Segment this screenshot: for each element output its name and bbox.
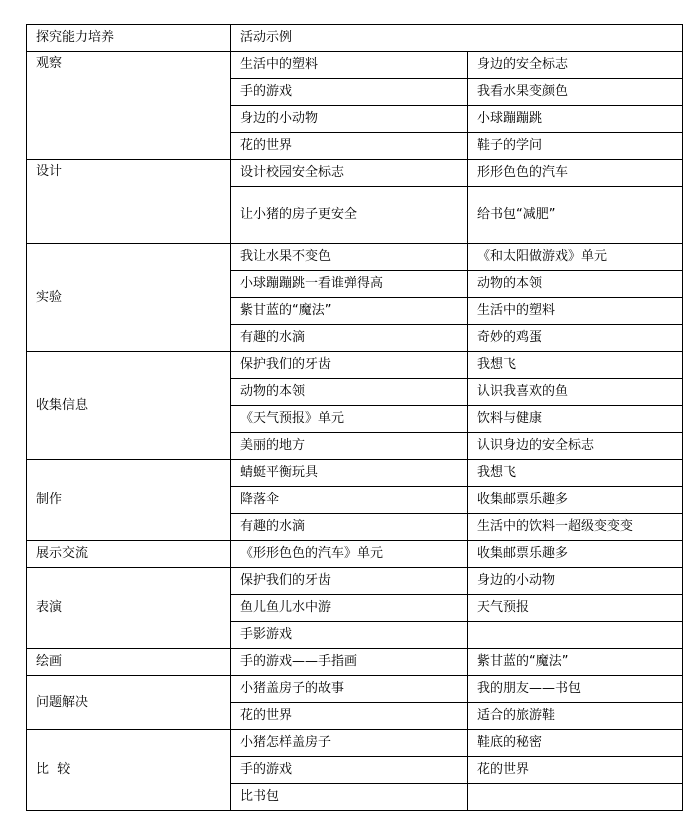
table-body: 探究能力培养 活动示例 观察生活中的塑料身边的安全标志手的游戏我看水果变颜色身边… (27, 25, 683, 811)
activity-cell-left: 《天气预报》单元 (231, 406, 468, 433)
activity-cell-right: 认识身边的安全标志 (468, 433, 683, 460)
activity-cell-right: 生活中的塑料 (468, 298, 683, 325)
activity-cell-right: 花的世界 (468, 757, 683, 784)
activity-cell-right: 生活中的饮料一超级变变变 (468, 514, 683, 541)
activity-cell-left: 鱼儿鱼儿水中游 (231, 595, 468, 622)
table-row: 制作蜻蜓平衡玩具我想飞 (27, 460, 683, 487)
activity-cell-left: 美丽的地方 (231, 433, 468, 460)
activity-cell-right: 身边的小动物 (468, 568, 683, 595)
activity-cell-left: 小球蹦蹦跳一看谁弹得高 (231, 271, 468, 298)
table-row: 比 较小猪怎样盖房子鞋底的秘密 (27, 730, 683, 757)
activity-cell-right: 小球蹦蹦跳 (468, 106, 683, 133)
table-row: 实验我让水果不变色《和太阳做游戏》单元 (27, 244, 683, 271)
activity-cell-left: 《形形色色的汽车》单元 (231, 541, 468, 568)
activity-cell-right: 收集邮票乐趣多 (468, 487, 683, 514)
header-ability: 探究能力培养 (27, 25, 231, 52)
activity-cell-right: 适合的旅游鞋 (468, 703, 683, 730)
activity-cell-left: 花的世界 (231, 133, 468, 160)
activity-cell-left: 小猪怎样盖房子 (231, 730, 468, 757)
activity-cell-right: 《和太阳做游戏》单元 (468, 244, 683, 271)
activity-cell-right (468, 784, 683, 811)
activity-table: 探究能力培养 活动示例 观察生活中的塑料身边的安全标志手的游戏我看水果变颜色身边… (26, 24, 683, 811)
activity-cell-right: 认识我喜欢的鱼 (468, 379, 683, 406)
activity-cell-left: 手影游戏 (231, 622, 468, 649)
activity-cell-left: 身边的小动物 (231, 106, 468, 133)
activity-cell-right: 给书包“减肥” (468, 187, 683, 244)
activity-cell-right: 身边的安全标志 (468, 52, 683, 79)
activity-cell-left: 动物的本领 (231, 379, 468, 406)
category-cell: 展示交流 (27, 541, 231, 568)
activity-cell-right: 饮料与健康 (468, 406, 683, 433)
activity-cell-left: 花的世界 (231, 703, 468, 730)
activity-cell-right: 收集邮票乐趣多 (468, 541, 683, 568)
activity-cell-right: 紫甘蓝的“魔法” (468, 649, 683, 676)
activity-cell-right: 鞋子的学问 (468, 133, 683, 160)
activity-cell-left: 小猪盖房子的故事 (231, 676, 468, 703)
table-row: 问题解决小猪盖房子的故事我的朋友——书包 (27, 676, 683, 703)
category-cell: 表演 (27, 568, 231, 649)
table-row: 设计设计校园安全标志形形色色的汽车 (27, 160, 683, 187)
activity-cell-right (468, 622, 683, 649)
category-cell: 观察 (27, 52, 231, 160)
activity-cell-right: 我想飞 (468, 460, 683, 487)
table-row: 收集信息保护我们的牙齿我想飞 (27, 352, 683, 379)
category-cell: 实验 (27, 244, 231, 352)
activity-cell-left: 手的游戏——手指画 (231, 649, 468, 676)
activity-cell-right: 动物的本领 (468, 271, 683, 298)
table-row: 展示交流《形形色色的汽车》单元收集邮票乐趣多 (27, 541, 683, 568)
category-cell: 绘画 (27, 649, 231, 676)
activity-cell-right: 我看水果变颜色 (468, 79, 683, 106)
header-row: 探究能力培养 活动示例 (27, 25, 683, 52)
activity-cell-left: 有趣的水滴 (231, 514, 468, 541)
table-row: 绘画手的游戏——手指画紫甘蓝的“魔法” (27, 649, 683, 676)
activity-cell-right: 天气预报 (468, 595, 683, 622)
activity-cell-left: 让小猪的房子更安全 (231, 187, 468, 244)
activity-cell-left: 蜻蜓平衡玩具 (231, 460, 468, 487)
activity-cell-right: 奇妙的鸡蛋 (468, 325, 683, 352)
category-cell: 收集信息 (27, 352, 231, 460)
activity-cell-left: 手的游戏 (231, 79, 468, 106)
category-cell: 制作 (27, 460, 231, 541)
activity-cell-left: 比书包 (231, 784, 468, 811)
activity-cell-left: 设计校园安全标志 (231, 160, 468, 187)
activity-cell-left: 保护我们的牙齿 (231, 352, 468, 379)
table-row: 观察生活中的塑料身边的安全标志 (27, 52, 683, 79)
activity-cell-left: 我让水果不变色 (231, 244, 468, 271)
activity-cell-right: 我的朋友——书包 (468, 676, 683, 703)
activity-cell-left: 保护我们的牙齿 (231, 568, 468, 595)
activity-cell-left: 手的游戏 (231, 757, 468, 784)
activity-cell-right: 鞋底的秘密 (468, 730, 683, 757)
header-activities: 活动示例 (231, 25, 683, 52)
activity-cell-left: 紫甘蓝的“魔法” (231, 298, 468, 325)
category-cell: 问题解决 (27, 676, 231, 730)
category-cell: 设计 (27, 160, 231, 244)
activity-cell-left: 降落伞 (231, 487, 468, 514)
activity-cell-right: 形形色色的汽车 (468, 160, 683, 187)
activity-cell-left: 生活中的塑料 (231, 52, 468, 79)
category-cell: 比 较 (27, 730, 231, 811)
activity-cell-right: 我想飞 (468, 352, 683, 379)
table-row: 表演保护我们的牙齿身边的小动物 (27, 568, 683, 595)
activity-cell-left: 有趣的水滴 (231, 325, 468, 352)
